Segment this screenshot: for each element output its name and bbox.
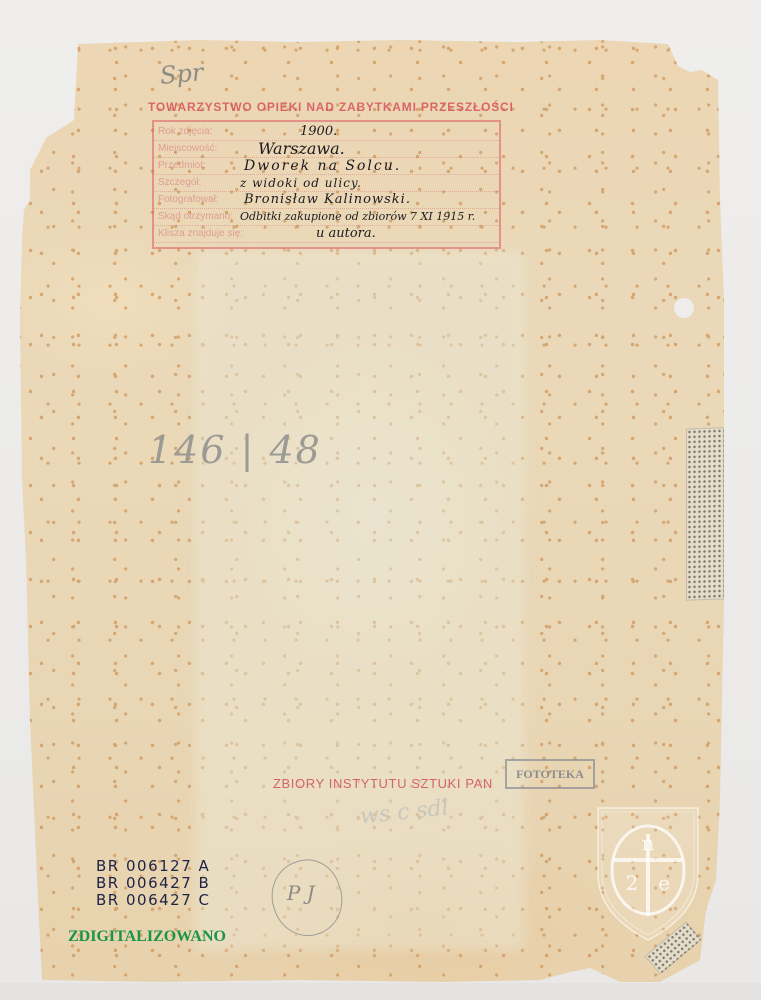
handwritten-photographer: Bronisław Kalinowski. [244,192,411,207]
digitized-stamp: ZDIGITALIZOWANO [68,928,226,946]
shelfmark-prefix: BR [96,874,120,892]
handwritten-place: Warszawa. [258,139,345,158]
stamp-field-label: Przedmiot: [158,160,206,171]
shelfmark-prefix: BR [96,891,120,909]
shield-monogram-icon: n 2 e [592,804,704,944]
handwritten-detail: z widoki od ulicy. [240,176,362,190]
shelfmark-number: 006427 [126,891,192,909]
tape-strip-right [686,427,724,600]
stamp-field-label: Szczegół: [158,177,201,188]
stamp-field-label: Fotografował: [158,194,219,205]
pencil-note-top: Spr [159,58,205,90]
fototeka-stamp: FOTOTEKA [505,759,595,789]
handwritten-source: Odbitki zakupione od zbiorów 7 XI 1915 r… [240,210,475,223]
circled-mark-text: P J [287,881,315,905]
handwritten-negative-location: u autora. [316,226,376,241]
paper-hole [674,298,694,318]
shelfmark-list: BR 006127 A BR 006427 B BR 006427 C [96,858,211,909]
shelfmark-prefix: BR [96,857,120,875]
stamp-field-label: Rok zdjęcia: [158,126,212,137]
fototeka-label: FOTOTEKA [516,767,584,782]
shelfmark-number: 006127 [126,857,192,875]
shelfmark-number: 006427 [126,874,192,892]
scanner-bed-edge [0,983,761,1000]
shelfmark-suffix: C [199,891,211,909]
svg-text:e: e [658,871,670,895]
shelfmark-line: BR 006427 B [96,875,211,892]
handwritten-year: 1900. [300,124,337,139]
photo-mount-shadow [195,250,525,950]
stamp-institution-header: TOWARZYSTWO OPIEKI NAD ZABYTKAMI PRZESZŁ… [148,100,514,114]
shelfmark-suffix: B [199,874,211,892]
shelfmark-line: BR 006427 C [96,892,211,909]
shelfmark-line: BR 006127 A [96,858,211,875]
stamp-field-label: Miejscowość: [158,143,217,154]
stamp-field-label: Klisza znajduje się: [158,228,243,239]
svg-text:n: n [642,831,655,855]
collection-stamp: ZBIORY INSTYTUTU SZTUKI PAN [273,776,493,791]
svg-text:2: 2 [626,871,639,895]
handwritten-subject: Dworek na Solcu. [244,158,401,174]
shelfmark-suffix: A [199,857,211,875]
pencil-inventory-number: 146 | 48 [148,428,322,472]
stamp-field-label: Skąd otrzymano: [158,211,233,222]
scan-canvas: Spr TOWARZYSTWO OPIEKI NAD ZABYTKAMI PRZ… [0,0,761,1000]
